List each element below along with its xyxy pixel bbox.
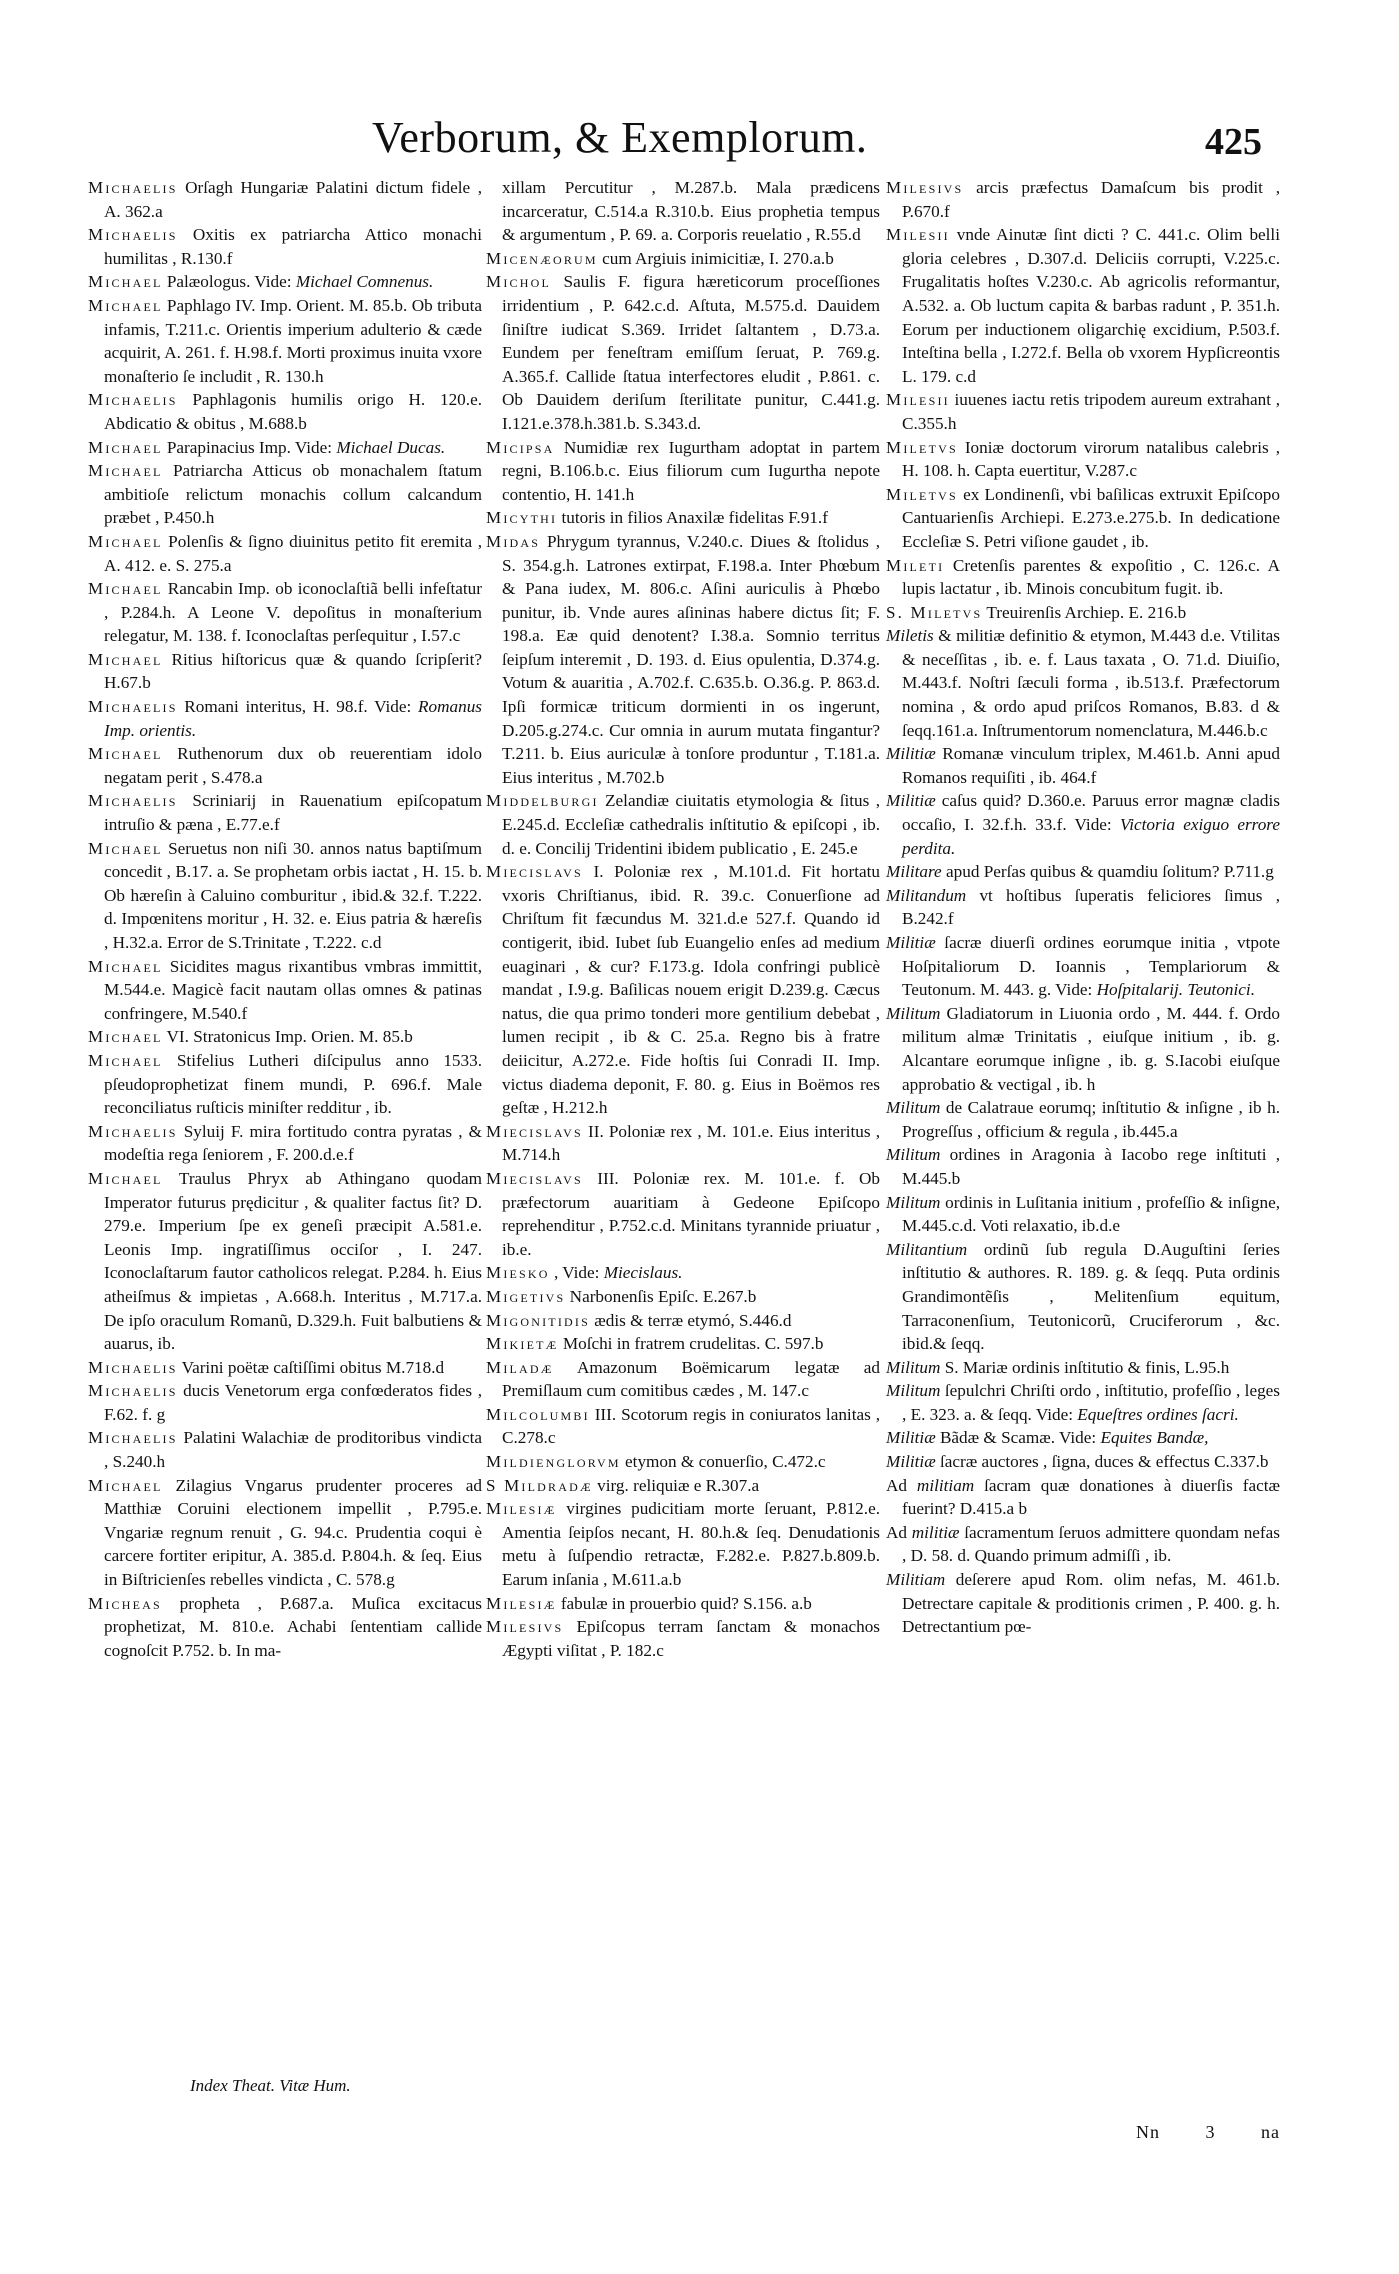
entry-text: Varini poëtæ caſtiſſimi obitus M.718.d: [178, 1358, 445, 1377]
entry-text: de Calatraue eorumq; inſtitutio & inſign…: [902, 1098, 1280, 1141]
entry-headword: Milesivs: [486, 1617, 563, 1636]
entry-headword: Miletvs: [886, 485, 958, 504]
entry-headword: Michaelis: [88, 178, 178, 197]
entry-text: Bãdæ & Scamæ. Vide:: [936, 1428, 1101, 1447]
entry-headword: Mikietæ: [486, 1334, 559, 1353]
index-entry: Milesivs Epiſcopus terram ſanctam & mona…: [486, 1615, 880, 1662]
index-entry: S Mildradæ virg. reliquiæ e R.307.a: [486, 1474, 880, 1498]
index-entry: Michol Saulis F. figura hæreticorum proc…: [486, 270, 880, 435]
index-entry: Michaelis Orſagh Hungariæ Palatini dictu…: [88, 176, 482, 223]
signature-letters: Nn: [1136, 2122, 1160, 2142]
entry-headword-italic: Militum: [886, 1145, 940, 1164]
entry-text: Narbonenſis Epiſc. E.267.b: [565, 1287, 756, 1306]
entry-headword: Miladæ: [486, 1358, 554, 1377]
index-entry: Militum ordinis in Luſitania initium , p…: [886, 1191, 1280, 1238]
entry-headword: Mildienglorvm: [486, 1452, 621, 1471]
entry-text: Numidiæ rex Iugurtham adoptat in partem …: [502, 438, 880, 504]
entry-headword-italic: Militum: [886, 1193, 940, 1212]
entry-text: etymon & conuerſio, C.472.c: [621, 1452, 826, 1471]
index-entry: Miladæ Amazonum Boëmicarum legatæ ad Pre…: [486, 1356, 880, 1403]
entry-headword: Michael: [88, 1169, 163, 1188]
index-entry: Michael Ritius hiſtoricus quæ & quando ſ…: [88, 648, 482, 695]
index-entry: Migetivs Narbonenſis Epiſc. E.267.b: [486, 1285, 880, 1309]
entry-headword: Milesiæ: [486, 1499, 557, 1518]
index-entry: Michaelis Varini poëtæ caſtiſſimi obitus…: [88, 1356, 482, 1380]
entry-headword-italic: Militiæ: [886, 744, 936, 763]
entry-text: deſerere apud Rom. olim nefas, M. 461.b.…: [902, 1570, 1280, 1636]
index-entry: Migonitidis ædis & terræ etymó, S.446.d: [486, 1309, 880, 1333]
entry-headword: Miecislavs: [486, 862, 583, 881]
index-entry: Miletis & militiæ definitio & etymon, M.…: [886, 624, 1280, 742]
entry-headword: Michaelis: [88, 697, 178, 716]
entry-headword-italic: Militantium: [886, 1240, 967, 1259]
index-entry: Militantium ordinũ ſub regula D.Auguſtin…: [886, 1238, 1280, 1356]
index-entry: Militiam deſerere apud Rom. olim nefas, …: [886, 1568, 1280, 1639]
entry-text: I. Poloniæ rex , M.101.d. Fit hortatu vx…: [502, 862, 880, 1117]
entry-headword: Michaelis: [88, 791, 178, 810]
index-entry: Miecislavs II. Poloniæ rex , M. 101.e. E…: [486, 1120, 880, 1167]
entry-text: Ioniæ doctorum virorum natalibus calebri…: [902, 438, 1280, 481]
entry-text: ordinis in Luſitania initium , profeſſio…: [902, 1193, 1280, 1236]
entry-text: vnde Ainutæ ſint dicti ? C. 441.c. Olim …: [902, 225, 1280, 386]
entry-headword: Michael: [88, 579, 163, 598]
entry-cross-reference: Michael Comnenus.: [296, 272, 433, 291]
entry-headword: Michael: [88, 1476, 163, 1495]
entry-text: virgines pudicitiam morte ſeruant, P.812…: [502, 1499, 880, 1589]
entry-text: ſacræ auctores , ſigna, duces & effectus…: [936, 1452, 1269, 1471]
entry-headword: Michael: [88, 461, 163, 480]
entry-text: Phrygum tyrannus, V.240.c. Diues & ſtoli…: [502, 532, 880, 787]
entry-headword: Michaelis: [88, 225, 178, 244]
entry-cross-reference: Miecislaus.: [604, 1263, 683, 1282]
index-entry: Micythi tutoris in filios Anaxilæ fideli…: [486, 506, 880, 530]
index-entry: Michaelis Palatini Walachiæ de proditori…: [88, 1426, 482, 1473]
index-entry: Miecislavs I. Poloniæ rex , M.101.d. Fit…: [486, 860, 880, 1120]
entry-headword-italic: Militiæ: [886, 1428, 936, 1447]
entry-text: Parapinacius Imp. Vide:: [163, 438, 337, 457]
index-column-3: Milesivs arcis præfectus Damaſcum bis pr…: [886, 176, 1280, 1639]
entry-headword-italic: Militiam: [886, 1570, 945, 1589]
index-entry: Militum Gladiatorum in Liuonia ordo , M.…: [886, 1002, 1280, 1096]
entry-text: tutoris in filios Anaxilæ fidelitas F.91…: [557, 508, 828, 527]
entry-headword-italic: Militum: [886, 1381, 940, 1400]
index-entry: Milcolumbi III. Scotorum regis in coniur…: [486, 1403, 880, 1450]
entry-headword: Milesivs: [886, 178, 963, 197]
index-entry: Michaelis Paphlagonis humilis origo H. 1…: [88, 388, 482, 435]
signature-number: 3: [1206, 2122, 1216, 2142]
entry-text: Moſchi in fratrem crudelitas. C. 597.b: [559, 1334, 824, 1353]
entry-text: Treuirenſis Archiep. E. 216.b: [982, 603, 1186, 622]
entry-headword-italic: militiæ: [912, 1523, 960, 1542]
index-entry: Milesiæ virgines pudicitiam morte ſeruan…: [486, 1497, 880, 1591]
entry-text: Gladiatorum in Liuonia ordo , M. 444. f.…: [902, 1004, 1280, 1094]
entry-headword: Michael: [88, 532, 163, 551]
index-entry: Militiæ caſus quid? D.360.e. Paruus erro…: [886, 789, 1280, 860]
index-entry: Militiæ Bãdæ & Scamæ. Vide: Equites Band…: [886, 1426, 1280, 1450]
entry-headword: Michaelis: [88, 1428, 178, 1447]
entry-headword: Micenæorum: [486, 249, 598, 268]
entry-headword: Michael: [88, 744, 163, 763]
index-entry: Michael Palæologus. Vide: Michael Comnen…: [88, 270, 482, 294]
entry-headword: Michael: [88, 296, 163, 315]
index-entry: Michael Sicidites magus rixantibus vmbra…: [88, 955, 482, 1026]
index-entry: Mildienglorvm etymon & conuerſio, C.472.…: [486, 1450, 880, 1474]
index-entry: Michaelis Syluij F. mira fortitudo contr…: [88, 1120, 482, 1167]
entry-text: , Vide:: [550, 1263, 604, 1282]
entry-headword: Migonitidis: [486, 1311, 590, 1330]
index-entry: Michael Patriarcha Atticus ob monachalem…: [88, 459, 482, 530]
entry-headword: Migetivs: [486, 1287, 565, 1306]
entry-text: Cretenſis parentes & expoſitio , C. 126.…: [902, 556, 1280, 599]
entry-headword: Michael: [88, 957, 163, 976]
index-entry: Michaelis Romani interitus, H. 98.f. Vid…: [88, 695, 482, 742]
index-entry: Ad militiam ſacram quæ donationes à diue…: [886, 1474, 1280, 1521]
index-entry: Milesivs arcis præfectus Damaſcum bis pr…: [886, 176, 1280, 223]
page-number: 425: [1205, 120, 1262, 164]
entry-headword: Michael: [88, 1027, 163, 1046]
entry-text: iuuenes iactu retis tripodem aureum extr…: [902, 390, 1280, 433]
index-entry: S. Miletvs Treuirenſis Archiep. E. 216.b: [886, 601, 1280, 625]
entry-text: ædis & terræ etymó, S.446.d: [590, 1311, 791, 1330]
entry-text: & militiæ definitio & etymon, M.443 d.e.…: [902, 626, 1280, 739]
entry-headword-italic: Miletis: [886, 626, 934, 645]
entry-headword-italic: Militum: [886, 1098, 940, 1117]
entry-headword-italic: Militiæ: [886, 1452, 936, 1471]
entry-headword: Miecislavs: [486, 1169, 583, 1188]
index-entry: Michael Rancabin Imp. ob iconoclaſtiã be…: [88, 577, 482, 648]
index-entry: Ad militiæ ſacramentum ſeruos admittere …: [886, 1521, 1280, 1568]
index-entry: Miecislavs III. Poloniæ rex. M. 101.e. f…: [486, 1167, 880, 1261]
entry-text: Romanæ vinculum triplex, M.461.b. Anni a…: [902, 744, 1280, 787]
entry-text: S. Mariæ ordinis inſtitutio & finis, L.9…: [940, 1358, 1229, 1377]
index-entry: Miletvs ex Londinenſi, vbi baſilicas ext…: [886, 483, 1280, 554]
index-entry: Militare apud Perſas quibus & quamdiu ſo…: [886, 860, 1280, 884]
entry-headword: Middelburgi: [486, 791, 599, 810]
entry-text: fabulæ in prouerbio quid? S.156. a.b: [557, 1594, 812, 1613]
entry-text: Palæologus. Vide:: [163, 272, 296, 291]
entry-headword: Milcolumbi: [486, 1405, 590, 1424]
index-entry: Militum ſepulchri Chriſti ordo , inſtitu…: [886, 1379, 1280, 1426]
index-entry: Michaelis Scriniarij in Rauenatium epiſc…: [88, 789, 482, 836]
entry-headword-italic: Militare: [886, 862, 942, 881]
index-entry: Militum S. Mariæ ordinis inſtitutio & fi…: [886, 1356, 1280, 1380]
index-entry: Milesii vnde Ainutæ ſint dicti ? C. 441.…: [886, 223, 1280, 388]
index-entry: Militiæ ſacræ diuerſi ordines eorumque i…: [886, 931, 1280, 1002]
index-entry: Miletvs Ioniæ doctorum virorum natalibus…: [886, 436, 1280, 483]
entry-headword: Milesii: [886, 225, 950, 244]
signature-mark: Nn 3 na: [1136, 2122, 1320, 2143]
entry-headword-italic: Militum: [886, 1358, 940, 1377]
entry-headword: Mileti: [886, 556, 944, 575]
entry-headword: Michael: [88, 839, 163, 858]
index-entry: Micheas propheta , P.687.a. Muſica excit…: [88, 1592, 482, 1663]
entry-headword-italic: Militandum: [886, 886, 966, 905]
running-header: Verborum, & Exemplorum. 425: [0, 108, 1399, 168]
entry-headword: Michael: [88, 272, 163, 291]
entry-text: Amazonum Boëmicarum legatæ ad Premiſlaum…: [502, 1358, 880, 1401]
entry-cross-reference: Hoſpitalarij. Teutonici.: [1097, 980, 1255, 999]
entry-cross-reference: Equeſtres ordines ſacri.: [1077, 1405, 1239, 1424]
catchword: na: [1261, 2122, 1280, 2142]
entry-text: Romani interitus, H. 98.f. Vide:: [178, 697, 418, 716]
index-entry: Militiæ Romanæ vinculum triplex, M.461.b…: [886, 742, 1280, 789]
entry-headword-italic: militiam: [917, 1476, 974, 1495]
entry-headword: Miesko: [486, 1263, 550, 1282]
index-entry: Michael Stifelius Lutheri diſcipulus ann…: [88, 1049, 482, 1120]
entry-headword: S Mildradæ: [486, 1476, 593, 1495]
index-entry: Militiæ ſacræ auctores , ſigna, duces & …: [886, 1450, 1280, 1474]
index-entry: Michael Polenſis & ſigno diuinitus petit…: [88, 530, 482, 577]
index-entry: Michael Paphlago IV. Imp. Orient. M. 85.…: [88, 294, 482, 388]
entry-headword-italic: Militiæ: [886, 933, 936, 952]
index-entry: Mileti Cretenſis parentes & expoſitio , …: [886, 554, 1280, 601]
index-entry: Milesiæ fabulæ in prouerbio quid? S.156.…: [486, 1592, 880, 1616]
entry-text: xillam Percutitur , M.287.b. Mala prædic…: [502, 178, 880, 244]
entry-text: Saulis F. figura hæreticorum proceſſione…: [502, 272, 880, 433]
index-column-2: xillam Percutitur , M.287.b. Mala prædic…: [486, 176, 880, 1662]
index-entry: Militum ordines in Aragonia à Iacobo reg…: [886, 1143, 1280, 1190]
index-entry: Michael Zilagius Vngarus prudenter proce…: [88, 1474, 482, 1592]
index-column-1: Michaelis Orſagh Hungariæ Palatini dictu…: [88, 176, 482, 1662]
entry-text: ſacramentum ſeruos admittere quondam nef…: [902, 1523, 1280, 1566]
entry-headword: Michaelis: [88, 1122, 178, 1141]
index-entry: Militum de Calatraue eorumq; inſtitutio …: [886, 1096, 1280, 1143]
index-entry: Milesii iuuenes iactu retis tripodem aur…: [886, 388, 1280, 435]
entry-headword: Micheas: [88, 1594, 162, 1613]
entry-headword: Michael: [88, 650, 163, 669]
index-entry: Militandum vt hoſtibus ſuperatis felicio…: [886, 884, 1280, 931]
entry-headword-italic: Militiæ: [886, 791, 936, 810]
entry-headword-italic: Militum: [886, 1004, 940, 1023]
entry-text: ex Londinenſi, vbi baſilicas extruxit Ep…: [902, 485, 1280, 551]
entry-text: VI. Stratonicus Imp. Orien. M. 85.b: [163, 1027, 413, 1046]
entry-headword: Miecislavs: [486, 1122, 583, 1141]
running-title: Verborum, & Exemplorum.: [372, 112, 867, 163]
entry-text: ordines in Aragonia à Iacobo rege inſtit…: [902, 1145, 1280, 1188]
entry-text: Traulus Phryx ab Athingano quodam Impera…: [104, 1169, 482, 1353]
index-entry: Michael VI. Stratonicus Imp. Orien. M. 8…: [88, 1025, 482, 1049]
entry-headword: Milesiæ: [486, 1594, 557, 1613]
entry-headword: Michael: [88, 438, 163, 457]
entry-headword: Micythi: [486, 508, 557, 527]
footer-catchline: Index Theat. Vitæ Hum.: [190, 2076, 351, 2096]
entry-headword: Michol: [486, 272, 551, 291]
index-entry: Michaelis Oxitis ex patriarcha Attico mo…: [88, 223, 482, 270]
entry-prefix: Ad: [886, 1476, 917, 1495]
index-entry: Micipsa Numidiæ rex Iugurtham adoptat in…: [486, 436, 880, 507]
index-entry: Michael Seruetus non niſi 30. annos natu…: [88, 837, 482, 955]
index-entry: Michaelis ducis Venetorum erga confœdera…: [88, 1379, 482, 1426]
index-entry: Midas Phrygum tyrannus, V.240.c. Diues &…: [486, 530, 880, 790]
entry-text: apud Perſas quibus & quamdiu ſolitum? P.…: [942, 862, 1274, 881]
entry-cross-reference: Equites Bandæ,: [1100, 1428, 1208, 1447]
entry-headword: S. Miletvs: [886, 603, 982, 622]
entry-headword: Micipsa: [486, 438, 555, 457]
entry-headword: Michael: [88, 1051, 163, 1070]
entry-headword: Michaelis: [88, 390, 178, 409]
index-entry: Mikietæ Moſchi in fratrem crudelitas. C.…: [486, 1332, 880, 1356]
entry-cross-reference: Michael Ducas.: [336, 438, 445, 457]
index-entry: Michael Ruthenorum dux ob reuerentiam id…: [88, 742, 482, 789]
entry-text: virg. reliquiæ e R.307.a: [593, 1476, 759, 1495]
entry-headword: Michaelis: [88, 1358, 178, 1377]
index-entry: Miesko , Vide: Miecislaus.: [486, 1261, 880, 1285]
entry-headword: Milesii: [886, 390, 950, 409]
entry-headword: Michaelis: [88, 1381, 178, 1400]
index-entry: Michael Parapinacius Imp. Vide: Michael …: [88, 436, 482, 460]
index-entry: Micenæorum cum Argiuis inimicitiæ, I. 27…: [486, 247, 880, 271]
entry-text: cum Argiuis inimicitiæ, I. 270.a.b: [598, 249, 834, 268]
entry-prefix: Ad: [886, 1523, 912, 1542]
index-entry: xillam Percutitur , M.287.b. Mala prædic…: [486, 176, 880, 247]
index-entry: Middelburgi Zelandiæ ciuitatis etymologi…: [486, 789, 880, 860]
index-entry: Michael Traulus Phryx ab Athingano quoda…: [88, 1167, 482, 1356]
entry-headword: Midas: [486, 532, 540, 551]
entry-headword: Miletvs: [886, 438, 958, 457]
